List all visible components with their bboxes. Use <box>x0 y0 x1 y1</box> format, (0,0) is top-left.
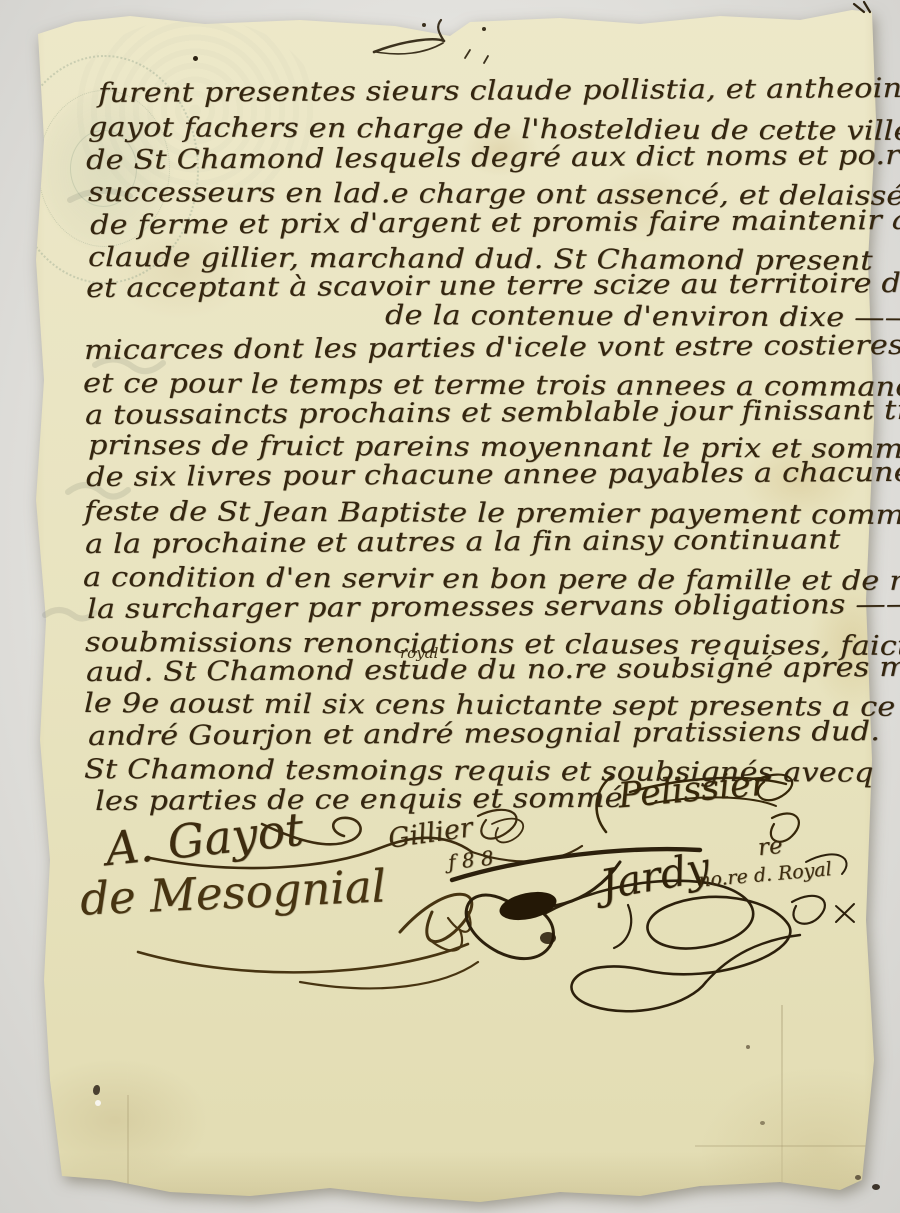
manuscript-line-3: de St Chamond lesquels degré aux dict no… <box>86 139 900 176</box>
dust-speck <box>760 1121 765 1125</box>
fold-crease-vertical-left <box>127 1095 129 1195</box>
scanned-manuscript-photo: furent presentes sieurs claude pollistia… <box>0 0 900 1213</box>
manuscript-line-17: la surcharger par promesses servans obli… <box>87 589 900 625</box>
manuscript-line-7: et acceptant à scavoir une terre scize a… <box>86 268 900 304</box>
manuscript-line-1: furent presentes sieurs claude pollistia… <box>98 73 900 109</box>
manuscript-line-23: les parties de ce enquis et sommé <box>95 783 623 817</box>
manuscript-line-13: de six livres pour chacune annee payable… <box>86 457 900 493</box>
manuscript-line-15: a la prochaine et autres a la fin ainsy … <box>85 524 841 560</box>
manuscript-line-8: de la contenue d'environ dixe ——— <box>385 300 900 334</box>
paper-bright-spot <box>95 1100 101 1106</box>
manuscript-line-21: andré Gourjon et andré mesognial pratiss… <box>88 716 880 752</box>
fold-crease-horizontal <box>695 1145 875 1147</box>
fold-crease-vertical-right <box>781 1005 783 1193</box>
manuscript-line-9: micarces dont les parties d'icele vont e… <box>84 330 900 366</box>
edge-speck <box>855 1175 861 1180</box>
manuscript-line-19: aud. St Chamond estude du no.re soubsign… <box>86 652 900 688</box>
ink-speck <box>193 56 198 61</box>
paper-hole <box>93 1085 100 1095</box>
interlinear-insert-word: royal <box>400 644 438 662</box>
manuscript-line-11: a toussaincts prochains et semblable jou… <box>85 395 900 431</box>
signature-gillier-paraph: ƒ 8 8 <box>447 846 495 875</box>
manuscript-line-5: de ferme et prix d'argent et promis fair… <box>90 205 900 241</box>
dust-speck <box>746 1045 750 1049</box>
signature-notary-superscript: re <box>757 833 784 861</box>
